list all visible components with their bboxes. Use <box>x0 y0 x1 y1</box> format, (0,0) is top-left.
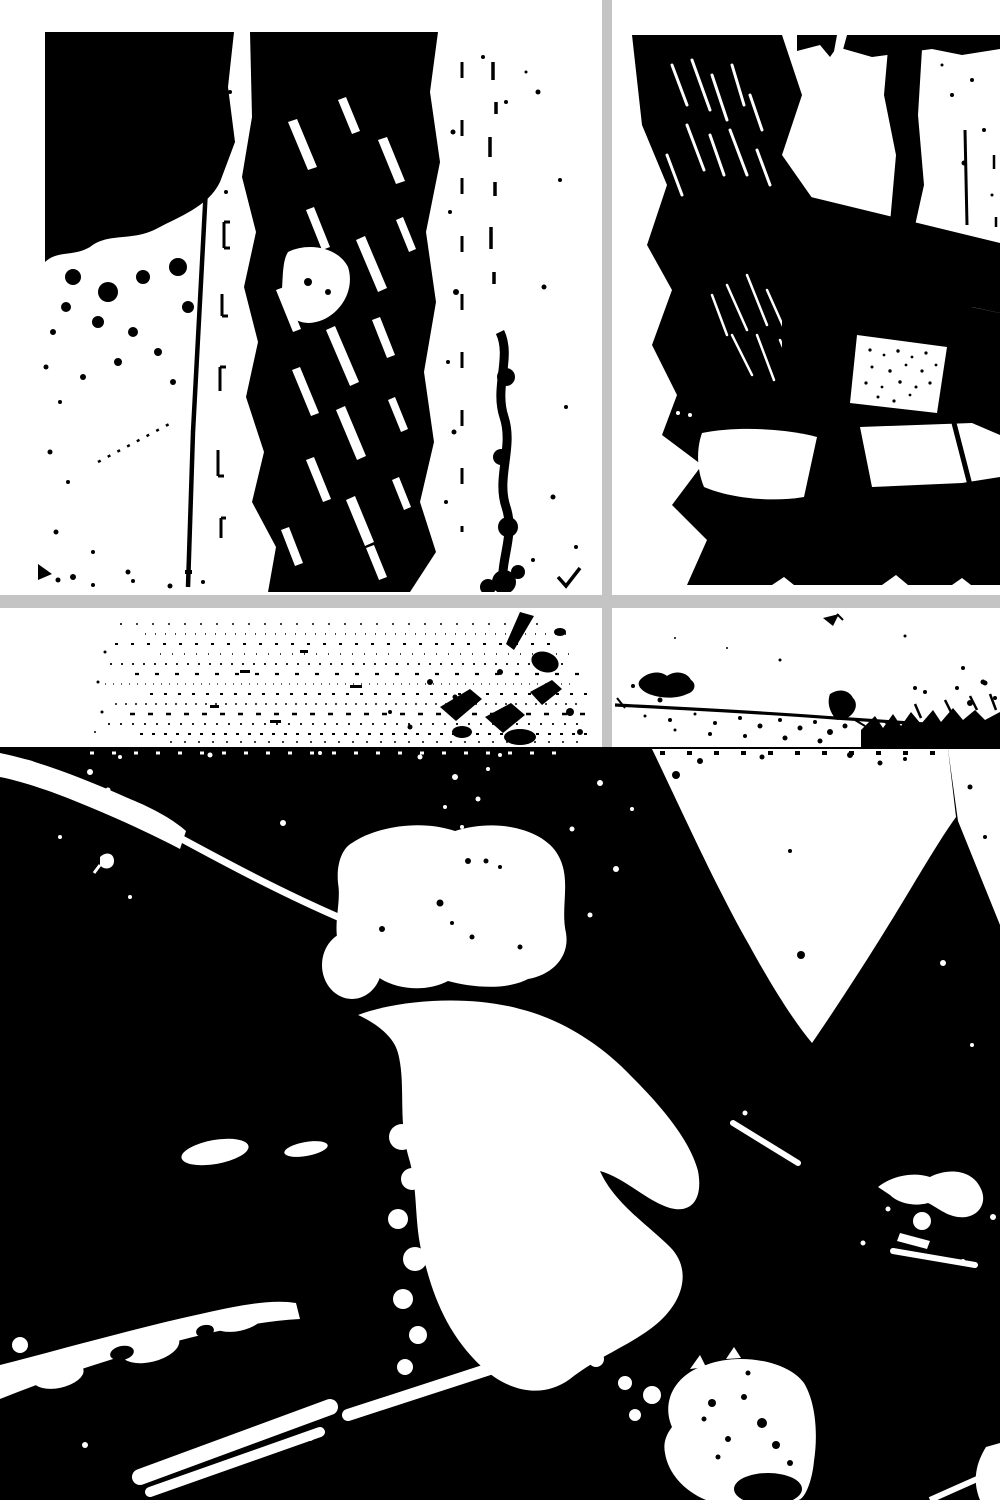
grid-divider-horizontal <box>0 595 1000 608</box>
texture-tile-top-left <box>38 32 588 592</box>
horizon-grass-texture-graphic <box>615 608 1000 747</box>
speckled-grain-texture-graphic <box>90 612 590 747</box>
texture-tile-top-right <box>632 35 1000 585</box>
grunge-wood-texture-graphic <box>38 32 588 592</box>
grid-divider-vertical <box>602 0 612 747</box>
texture-collage <box>0 0 1000 1500</box>
texture-strip-middle-left <box>90 612 590 747</box>
grunge-brick-texture-graphic <box>632 35 1000 585</box>
texture-photo-bottom <box>0 747 1000 1500</box>
texture-strip-middle-right <box>615 608 1000 747</box>
beam-splatter-photo-graphic <box>0 747 1000 1500</box>
